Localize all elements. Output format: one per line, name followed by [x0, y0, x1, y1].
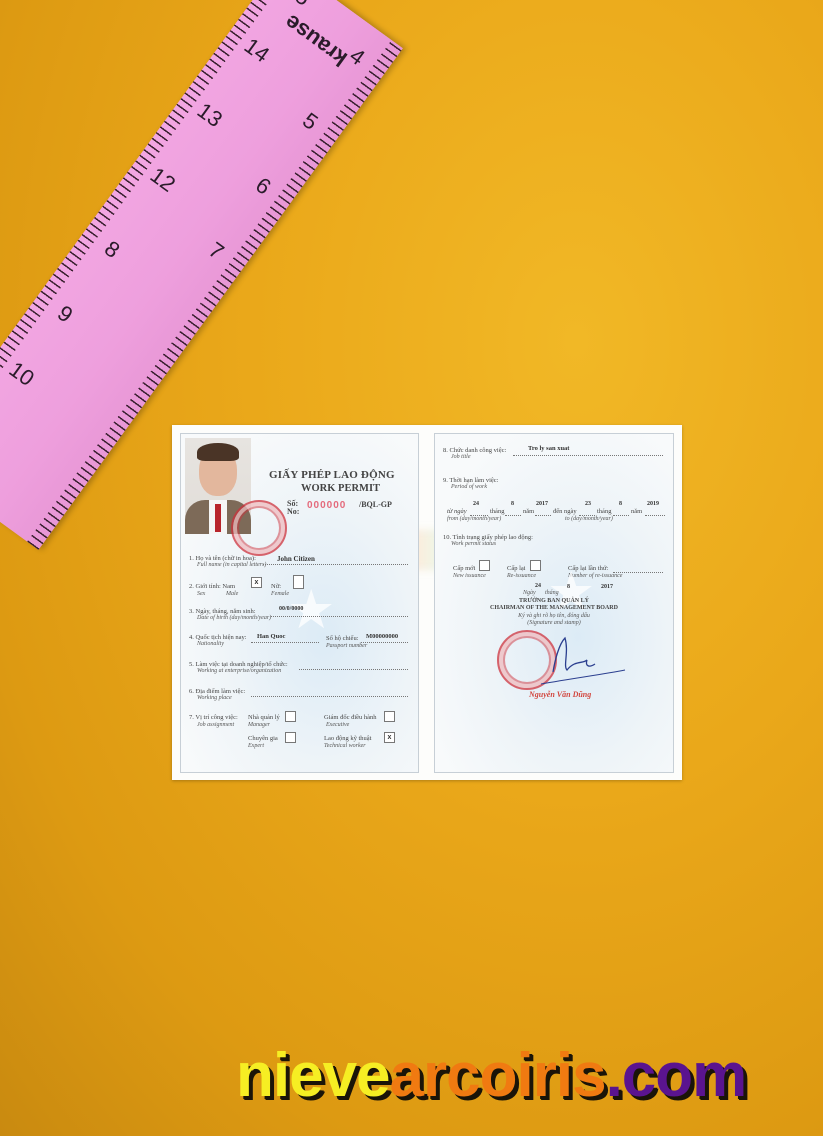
right-page: 8. Chức danh công việc: Job title Tro ly…	[434, 433, 674, 773]
authority-en: CHAIRMAN OF THE MANAGEMENT BOARD	[435, 605, 673, 611]
issue-year: 2017	[601, 584, 613, 590]
to-month: 8	[619, 501, 622, 507]
from-day: 24	[473, 501, 479, 507]
assignment-label: 7. Vị trí công việc:	[189, 714, 238, 721]
ruler-number: 8	[99, 236, 124, 264]
permit-number: 000000	[307, 500, 346, 511]
site-watermark: nievearcoiris.com	[236, 1040, 746, 1111]
dob-value: 00/0/0000	[279, 606, 303, 612]
ruler-number: 9	[52, 300, 77, 328]
issue-month: 8	[567, 584, 570, 590]
field-period: 9. Thời hạn làm việc: Period of work	[443, 477, 665, 490]
ruler-number: 6	[250, 172, 275, 200]
from-year: 2017	[536, 501, 548, 507]
permit-number-suffix: /BQL-GP	[359, 500, 392, 509]
nationality-value: Han Quoc	[257, 633, 285, 640]
left-page: GIẤY PHÉP LAO ĐỘNG WORK PERMIT Số:No: 00…	[180, 433, 419, 773]
from-month: 8	[511, 501, 514, 507]
passport-value: M00000000	[366, 633, 398, 640]
field-workplace: 6. Địa điểm làm việc: Working place	[189, 688, 410, 701]
male-checkbox[interactable]: x	[251, 577, 262, 588]
field-nationality: 4. Quốc tịch hiện nay: Nationality	[189, 634, 247, 647]
technical-worker-checkbox[interactable]: x	[384, 732, 395, 743]
ruler-brand: krause	[280, 9, 353, 72]
ruler-number: 13	[192, 98, 227, 133]
new-issuance-checkbox[interactable]	[479, 560, 490, 571]
signature-icon	[495, 630, 635, 690]
official-stamp-icon	[231, 500, 287, 556]
work-permit-document: GIẤY PHÉP LAO ĐỘNG WORK PERMIT Số:No: 00…	[172, 425, 682, 780]
title-en: WORK PERMIT	[301, 483, 380, 494]
field-status: 10. Tình trạng giấy phép lao động: Work …	[443, 534, 665, 547]
ruler-number: 12	[145, 162, 180, 197]
signer-name: Nguyễn Văn Dũng	[529, 690, 591, 699]
full-name-value: John Citizen	[277, 555, 315, 563]
title-vi: GIẤY PHÉP LAO ĐỘNG	[269, 469, 395, 481]
to-day: 23	[585, 501, 591, 507]
ruler-number: 15	[280, 0, 315, 12]
sex-label: 2. Giới tính: Nam	[189, 583, 235, 590]
ruler-number: 14	[239, 33, 274, 68]
ruler-number: 7	[203, 237, 228, 265]
authority-vi: TRƯỞNG BAN QUẢN LÝ	[435, 598, 673, 604]
field-enterprise: 5. Làm việc tại doanh nghiệp/tổ chức: Wo…	[189, 661, 410, 674]
ruler-number: 5	[297, 107, 322, 135]
executive-checkbox[interactable]	[384, 711, 395, 722]
to-year: 2019	[647, 501, 659, 507]
manager-checkbox[interactable]	[285, 711, 296, 722]
reissuance-checkbox[interactable]	[530, 560, 541, 571]
expert-checkbox[interactable]	[285, 732, 296, 743]
female-checkbox[interactable]	[293, 575, 304, 589]
ruler-number: 10	[4, 356, 39, 391]
number-label: Số:No:	[287, 500, 299, 516]
issue-day: 24	[535, 583, 541, 589]
job-title-value: Tro ly san xuat	[528, 445, 569, 452]
